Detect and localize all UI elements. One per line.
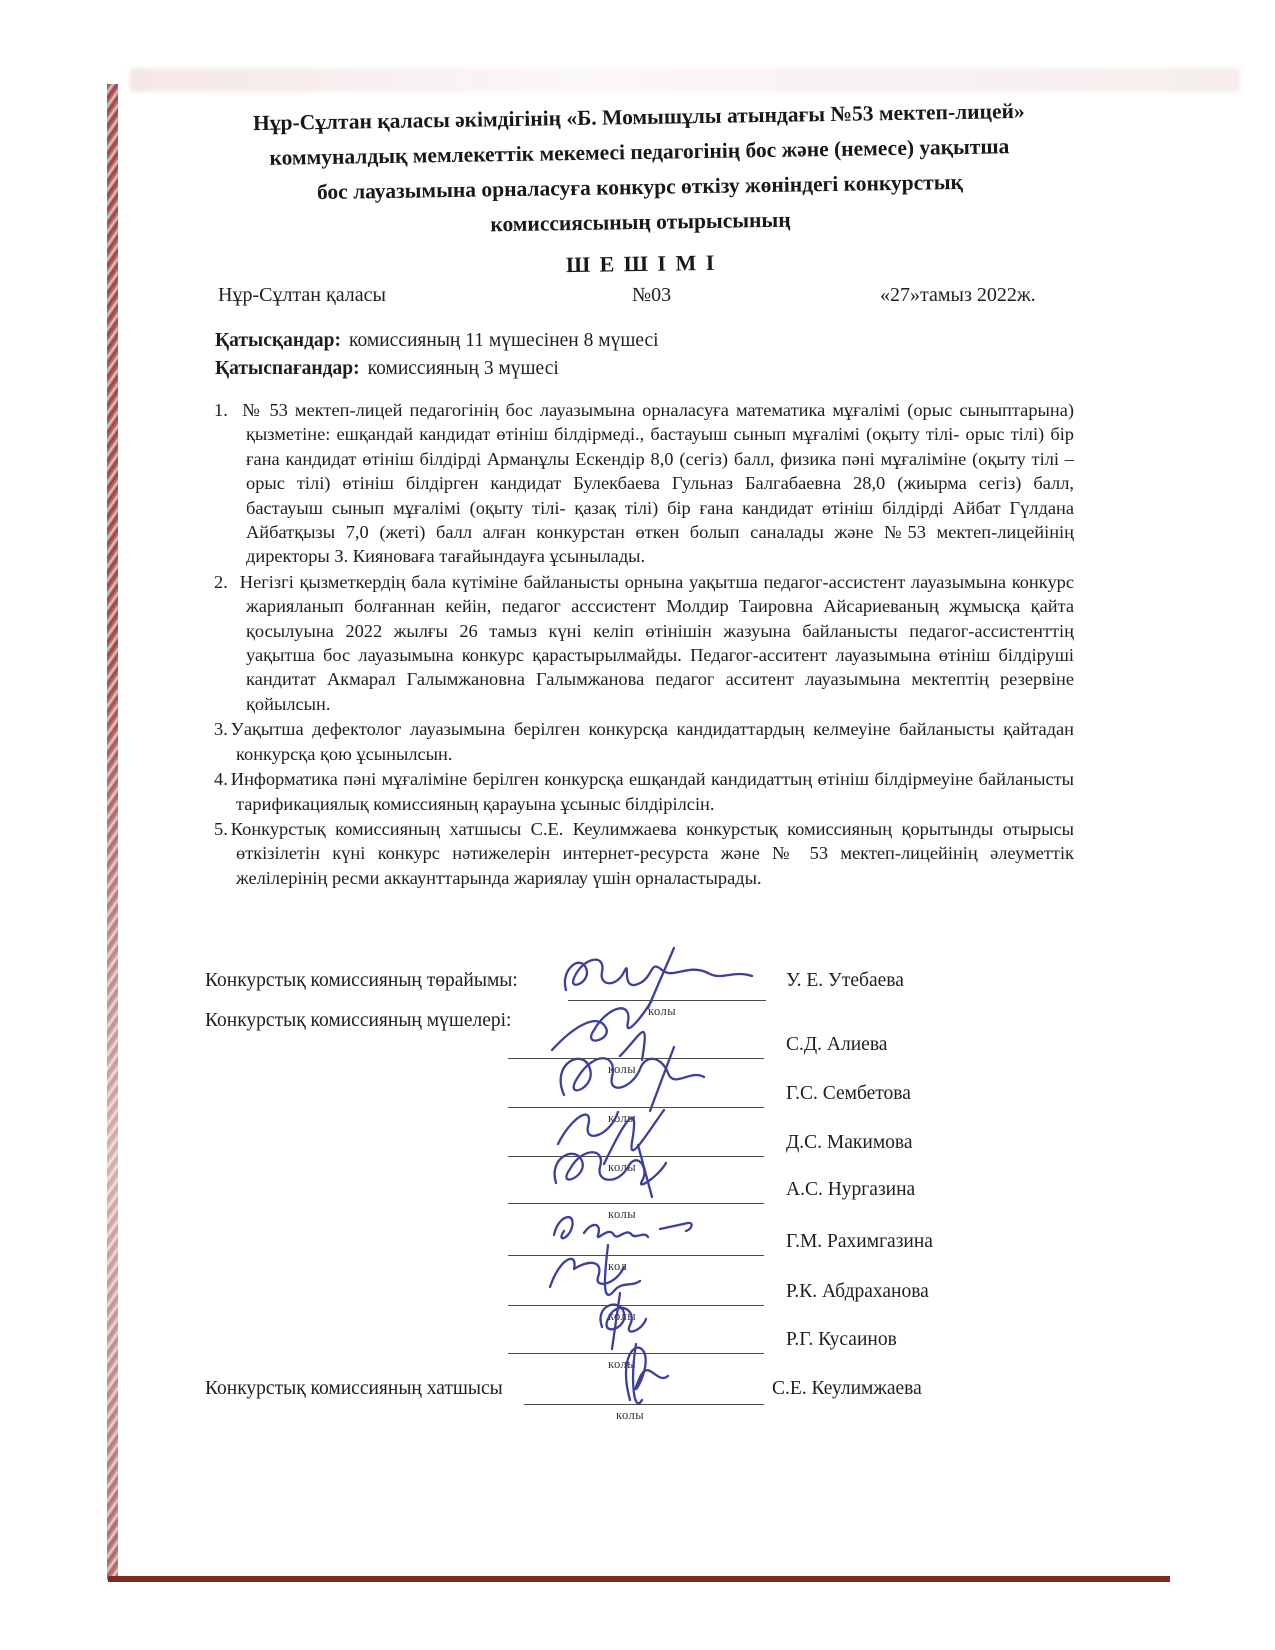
item-3-text: Уақытша дефектолог лауазымына берілген к…	[231, 719, 1074, 763]
item-1-text: № 53 мектеп-лицей педагогінің бос лауазы…	[240, 400, 1074, 566]
decision-items: 1.№ 53 мектеп-лицей педагогінің бос лауа…	[214, 398, 1074, 891]
chair-label: Конкурстық комиссияның төрайымы:	[205, 970, 518, 992]
secretary-signature-line	[524, 1404, 764, 1405]
decision-word: Ш Е Ш І М І	[151, 238, 1131, 288]
secretary-label: Конкурстық комиссияның хатшысы	[205, 1378, 503, 1400]
item-2-text: Негізгі қызметкердің бала күтіміне байла…	[240, 572, 1074, 714]
attendance-absent: Қатыспағандар:комиссияның 3 мүшесі	[215, 358, 1115, 380]
document-title: Нұр-Сұлтан қаласы әкімдігінің «Б. Момышұ…	[149, 92, 1132, 288]
scanned-document-page: Нұр-Сұлтан қаласы әкімдігінің «Б. Момышұ…	[0, 0, 1275, 1650]
decision-item-3: 3.Уақытша дефектолог лауазымына берілген…	[214, 717, 1074, 766]
attendance-present-value: комиссияның 11 мүшесінен 8 мүшесі	[349, 330, 659, 351]
city-label: Нұр-Сұлтан қаласы	[218, 284, 386, 307]
attendance-present-label: Қатысқандар:	[215, 330, 341, 351]
secretary-signature-caption: колы	[616, 1408, 644, 1423]
decision-item-4: 4.Информатика пәні мұғаліміне берілген к…	[214, 767, 1074, 816]
item-5-number: 5.	[214, 819, 228, 839]
attendance-absent-label: Қатыспағандар:	[215, 358, 360, 379]
item-4-number: 4.	[214, 769, 228, 789]
attendance-absent-value: комиссияның 3 мүшесі	[368, 358, 559, 379]
chair-name: У. Е. Утебаева	[786, 970, 904, 992]
item-1-number: 1.	[214, 400, 228, 420]
item-4-text: Информатика пәні мұғаліміне берілген кон…	[231, 769, 1074, 813]
item-5-text: Конкурстық комиссияның хатшысы С.Е. Кеул…	[231, 819, 1074, 888]
secretary-name: С.Е. Кеулимжаева	[772, 1378, 922, 1400]
attendance-present: Қатысқандар:комиссияның 11 мүшесінен 8 м…	[215, 330, 1115, 352]
document-number: №03	[632, 284, 671, 307]
decision-item-5: 5.Конкурстық комиссияның хатшысы С.Е. Ке…	[214, 817, 1074, 890]
scan-top-edge	[130, 68, 1240, 92]
secretary-signature-ink	[556, 1330, 756, 1430]
document-date: «27»тамыз 2022ж.	[880, 284, 1036, 307]
member-name: Р.Г. Кусаинов	[786, 1329, 897, 1351]
item-2-number: 2.	[214, 572, 228, 592]
item-3-number: 3.	[214, 719, 228, 739]
decision-item-1: 1.№ 53 мектеп-лицей педагогінің бос лауа…	[214, 398, 1074, 569]
secretary-signature-row: Конкурстық комиссияның хатшысы колы С.Е.…	[0, 1352, 1275, 1442]
decision-item-2: 2.Негізгі қызметкердің бала күтіміне бай…	[214, 570, 1074, 716]
scan-bottom-red-edge	[108, 1576, 1170, 1582]
